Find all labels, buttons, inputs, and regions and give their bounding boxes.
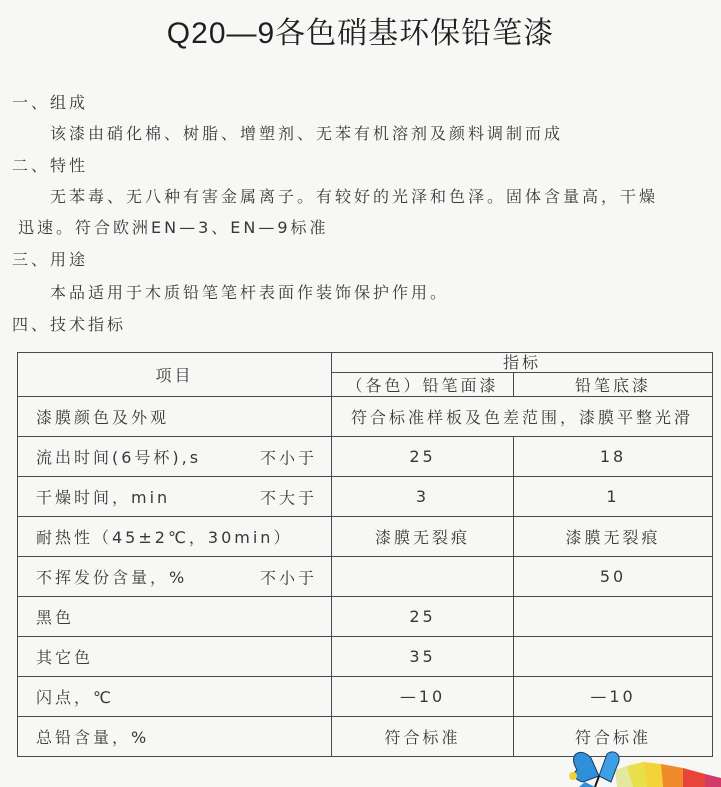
row-value-base (514, 637, 713, 677)
features-text-line-2: 迅速。符合欧洲EN—3、EN—9标准 (18, 215, 329, 238)
header-base-coat: 铅笔底漆 (514, 373, 713, 397)
document-title: Q20—9各色硝基环保铅笔漆 (0, 8, 721, 52)
section-heading-specs: 四、技术指标 (12, 312, 126, 335)
row-value-top: —10 (332, 677, 514, 717)
composition-text: 该漆由硝化棉、树脂、增塑剂、无苯有机溶剂及颜料调制而成 (50, 121, 563, 144)
table-row: 不挥发份含量，%不小于 50 (18, 557, 713, 597)
table-row: 漆膜颜色及外观 符合标准样板及色差范围，漆膜平整光滑 (18, 397, 713, 437)
row-value-base: 漆膜无裂痕 (514, 517, 713, 557)
row-value-top: 符合标准 (332, 717, 514, 757)
table-row: 闪点，℃ —10 —10 (18, 677, 713, 717)
row-value-top: 3 (332, 477, 514, 517)
spec-table: 项目 指标 （各色）铅笔面漆 铅笔底漆 漆膜颜色及外观 符合标准样板及色差范围，… (17, 352, 713, 757)
row-item: 耐热性（45±2℃，30min） (18, 517, 332, 557)
table-row: 干燥时间，min不大于 3 1 (18, 477, 713, 517)
table-row: 黑色 25 (18, 597, 713, 637)
section-heading-usage: 三、用途 (12, 247, 88, 270)
butterfly-pencils-graphic (565, 748, 721, 787)
row-item: 闪点，℃ (18, 677, 332, 717)
features-text-line-1: 无苯毒、无八种有害金属离子。有较好的光泽和色泽。固体含量高，干燥 (50, 184, 658, 207)
row-condition: 不小于 (260, 565, 317, 588)
row-value-base: 50 (514, 557, 713, 597)
row-value-top: 25 (332, 597, 514, 637)
row-value-top: 漆膜无裂痕 (332, 517, 514, 557)
header-item: 项目 (18, 353, 332, 397)
row-value-top: 25 (332, 437, 514, 477)
row-value-top (332, 557, 514, 597)
section-heading-composition: 一、组成 (12, 90, 88, 113)
row-value-base: —10 (514, 677, 713, 717)
table-header-row: 项目 指标 (18, 353, 713, 373)
usage-text: 本品适用于木质铅笔笔杆表面作装饰保护作用。 (50, 280, 449, 303)
row-item: 总铅含量，% (18, 717, 332, 757)
row-value-top: 35 (332, 637, 514, 677)
row-value-base (514, 597, 713, 637)
row-value-base: 1 (514, 477, 713, 517)
table-row: 流出时间(6号杯),s不小于 25 18 (18, 437, 713, 477)
row-value-merged: 符合标准样板及色差范围，漆膜平整光滑 (332, 397, 713, 437)
row-value-base: 18 (514, 437, 713, 477)
row-item: 其它色 (18, 637, 332, 677)
section-heading-features: 二、特性 (12, 153, 88, 176)
header-index: 指标 (332, 353, 713, 373)
row-condition: 不小于 (260, 445, 317, 468)
row-condition: 不大于 (260, 485, 317, 508)
row-item: 不挥发份含量，%不小于 (18, 557, 332, 597)
table-row: 耐热性（45±2℃，30min） 漆膜无裂痕 漆膜无裂痕 (18, 517, 713, 557)
row-item: 漆膜颜色及外观 (18, 397, 332, 437)
header-top-coat: （各色）铅笔面漆 (332, 373, 514, 397)
butterfly-icon (565, 748, 721, 787)
row-item: 黑色 (18, 597, 332, 637)
row-item: 干燥时间，min不大于 (18, 477, 332, 517)
table-row: 其它色 35 (18, 637, 713, 677)
row-item: 流出时间(6号杯),s不小于 (18, 437, 332, 477)
